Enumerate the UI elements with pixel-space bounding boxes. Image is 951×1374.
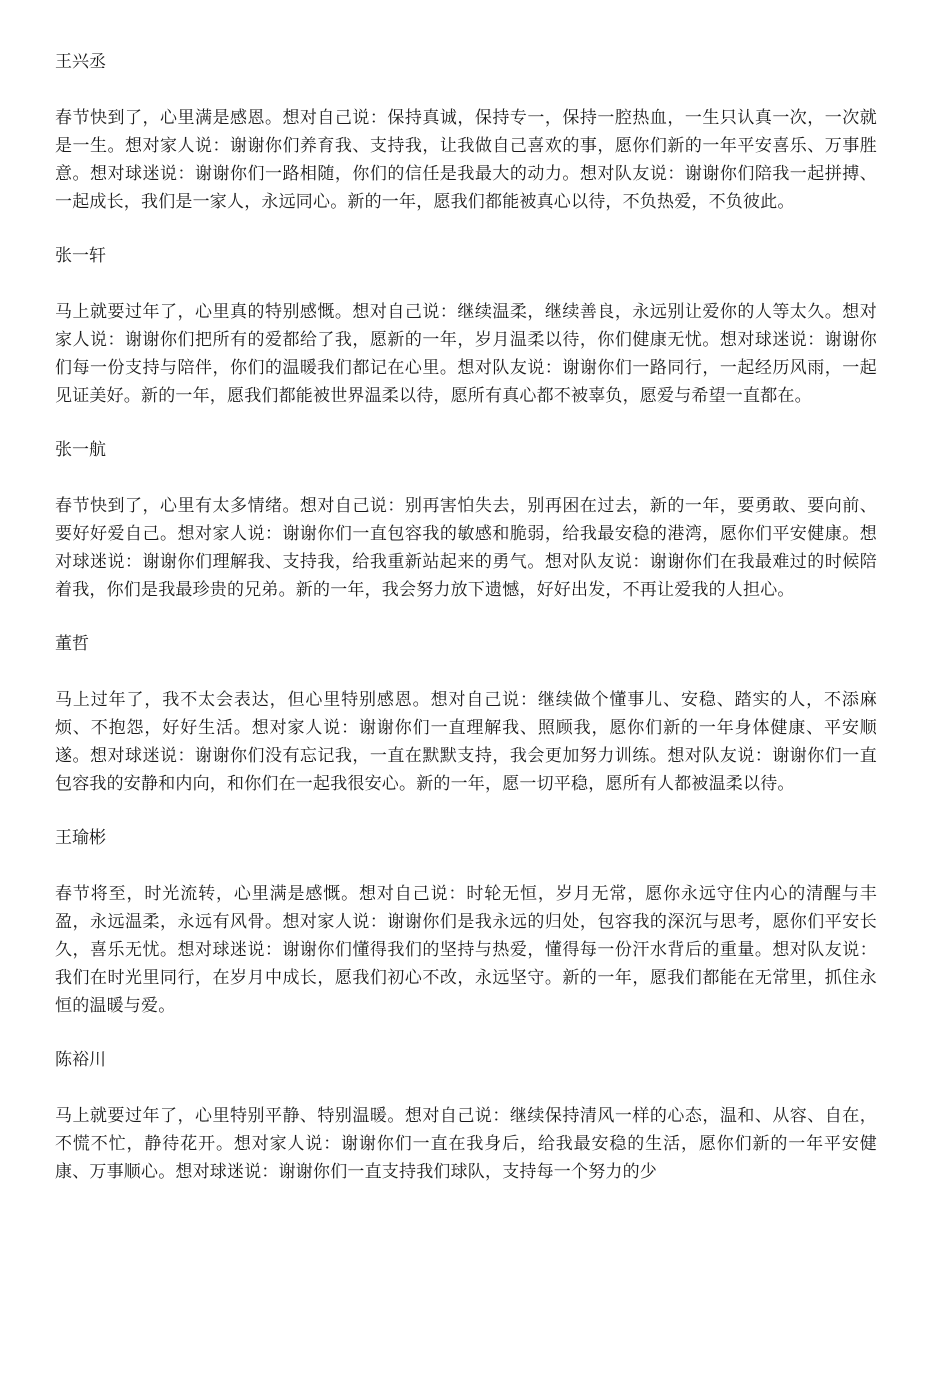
entry-name: 陈裕川 — [55, 1046, 877, 1074]
entry-dong-zhe: 董哲 马上过年了，我不太会表达，但心里特别感恩。想对自己说：继续做个懂事儿、安稳… — [55, 630, 877, 798]
entry-text: 春节快到了，心里有太多情绪。想对自己说：别再害怕失去，别再困在过去，新的一年，要… — [55, 492, 877, 604]
entry-text: 春节将至，时光流转，心里满是感慨。想对自己说：时轮无恒，岁月无常，愿你永远守住内… — [55, 880, 877, 1020]
entry-wang-xingcheng: 王兴丞 春节快到了，心里满是感恩。想对自己说：保持真诚，保持专一，保持一腔热血，… — [55, 48, 877, 216]
entry-text: 马上过年了，我不太会表达，但心里特别感恩。想对自己说：继续做个懂事儿、安稳、踏实… — [55, 686, 877, 798]
entry-name: 董哲 — [55, 630, 877, 658]
entry-name: 张一轩 — [55, 242, 877, 270]
entry-text: 马上就要过年了，心里真的特别感慨。想对自己说：继续温柔，继续善良，永远别让爱你的… — [55, 298, 877, 410]
entry-wang-yubin: 王瑜彬 春节将至，时光流转，心里满是感慨。想对自己说：时轮无恒，岁月无常，愿你永… — [55, 824, 877, 1020]
document-body: 王兴丞 春节快到了，心里满是感恩。想对自己说：保持真诚，保持专一，保持一腔热血，… — [0, 0, 951, 1186]
entry-zhang-yihang: 张一航 春节快到了，心里有太多情绪。想对自己说：别再害怕失去，别再困在过去，新的… — [55, 436, 877, 604]
entry-text: 春节快到了，心里满是感恩。想对自己说：保持真诚，保持专一，保持一腔热血，一生只认… — [55, 104, 877, 216]
entry-text: 马上就要过年了，心里特别平静、特别温暖。想对自己说：继续保持清风一样的心态，温和… — [55, 1102, 877, 1186]
entry-chen-yuchuan: 陈裕川 马上就要过年了，心里特别平静、特别温暖。想对自己说：继续保持清风一样的心… — [55, 1046, 877, 1186]
entry-name: 张一航 — [55, 436, 877, 464]
entry-zhang-yixuan: 张一轩 马上就要过年了，心里真的特别感慨。想对自己说：继续温柔，继续善良，永远别… — [55, 242, 877, 410]
entry-name: 王瑜彬 — [55, 824, 877, 852]
entry-name: 王兴丞 — [55, 48, 877, 76]
